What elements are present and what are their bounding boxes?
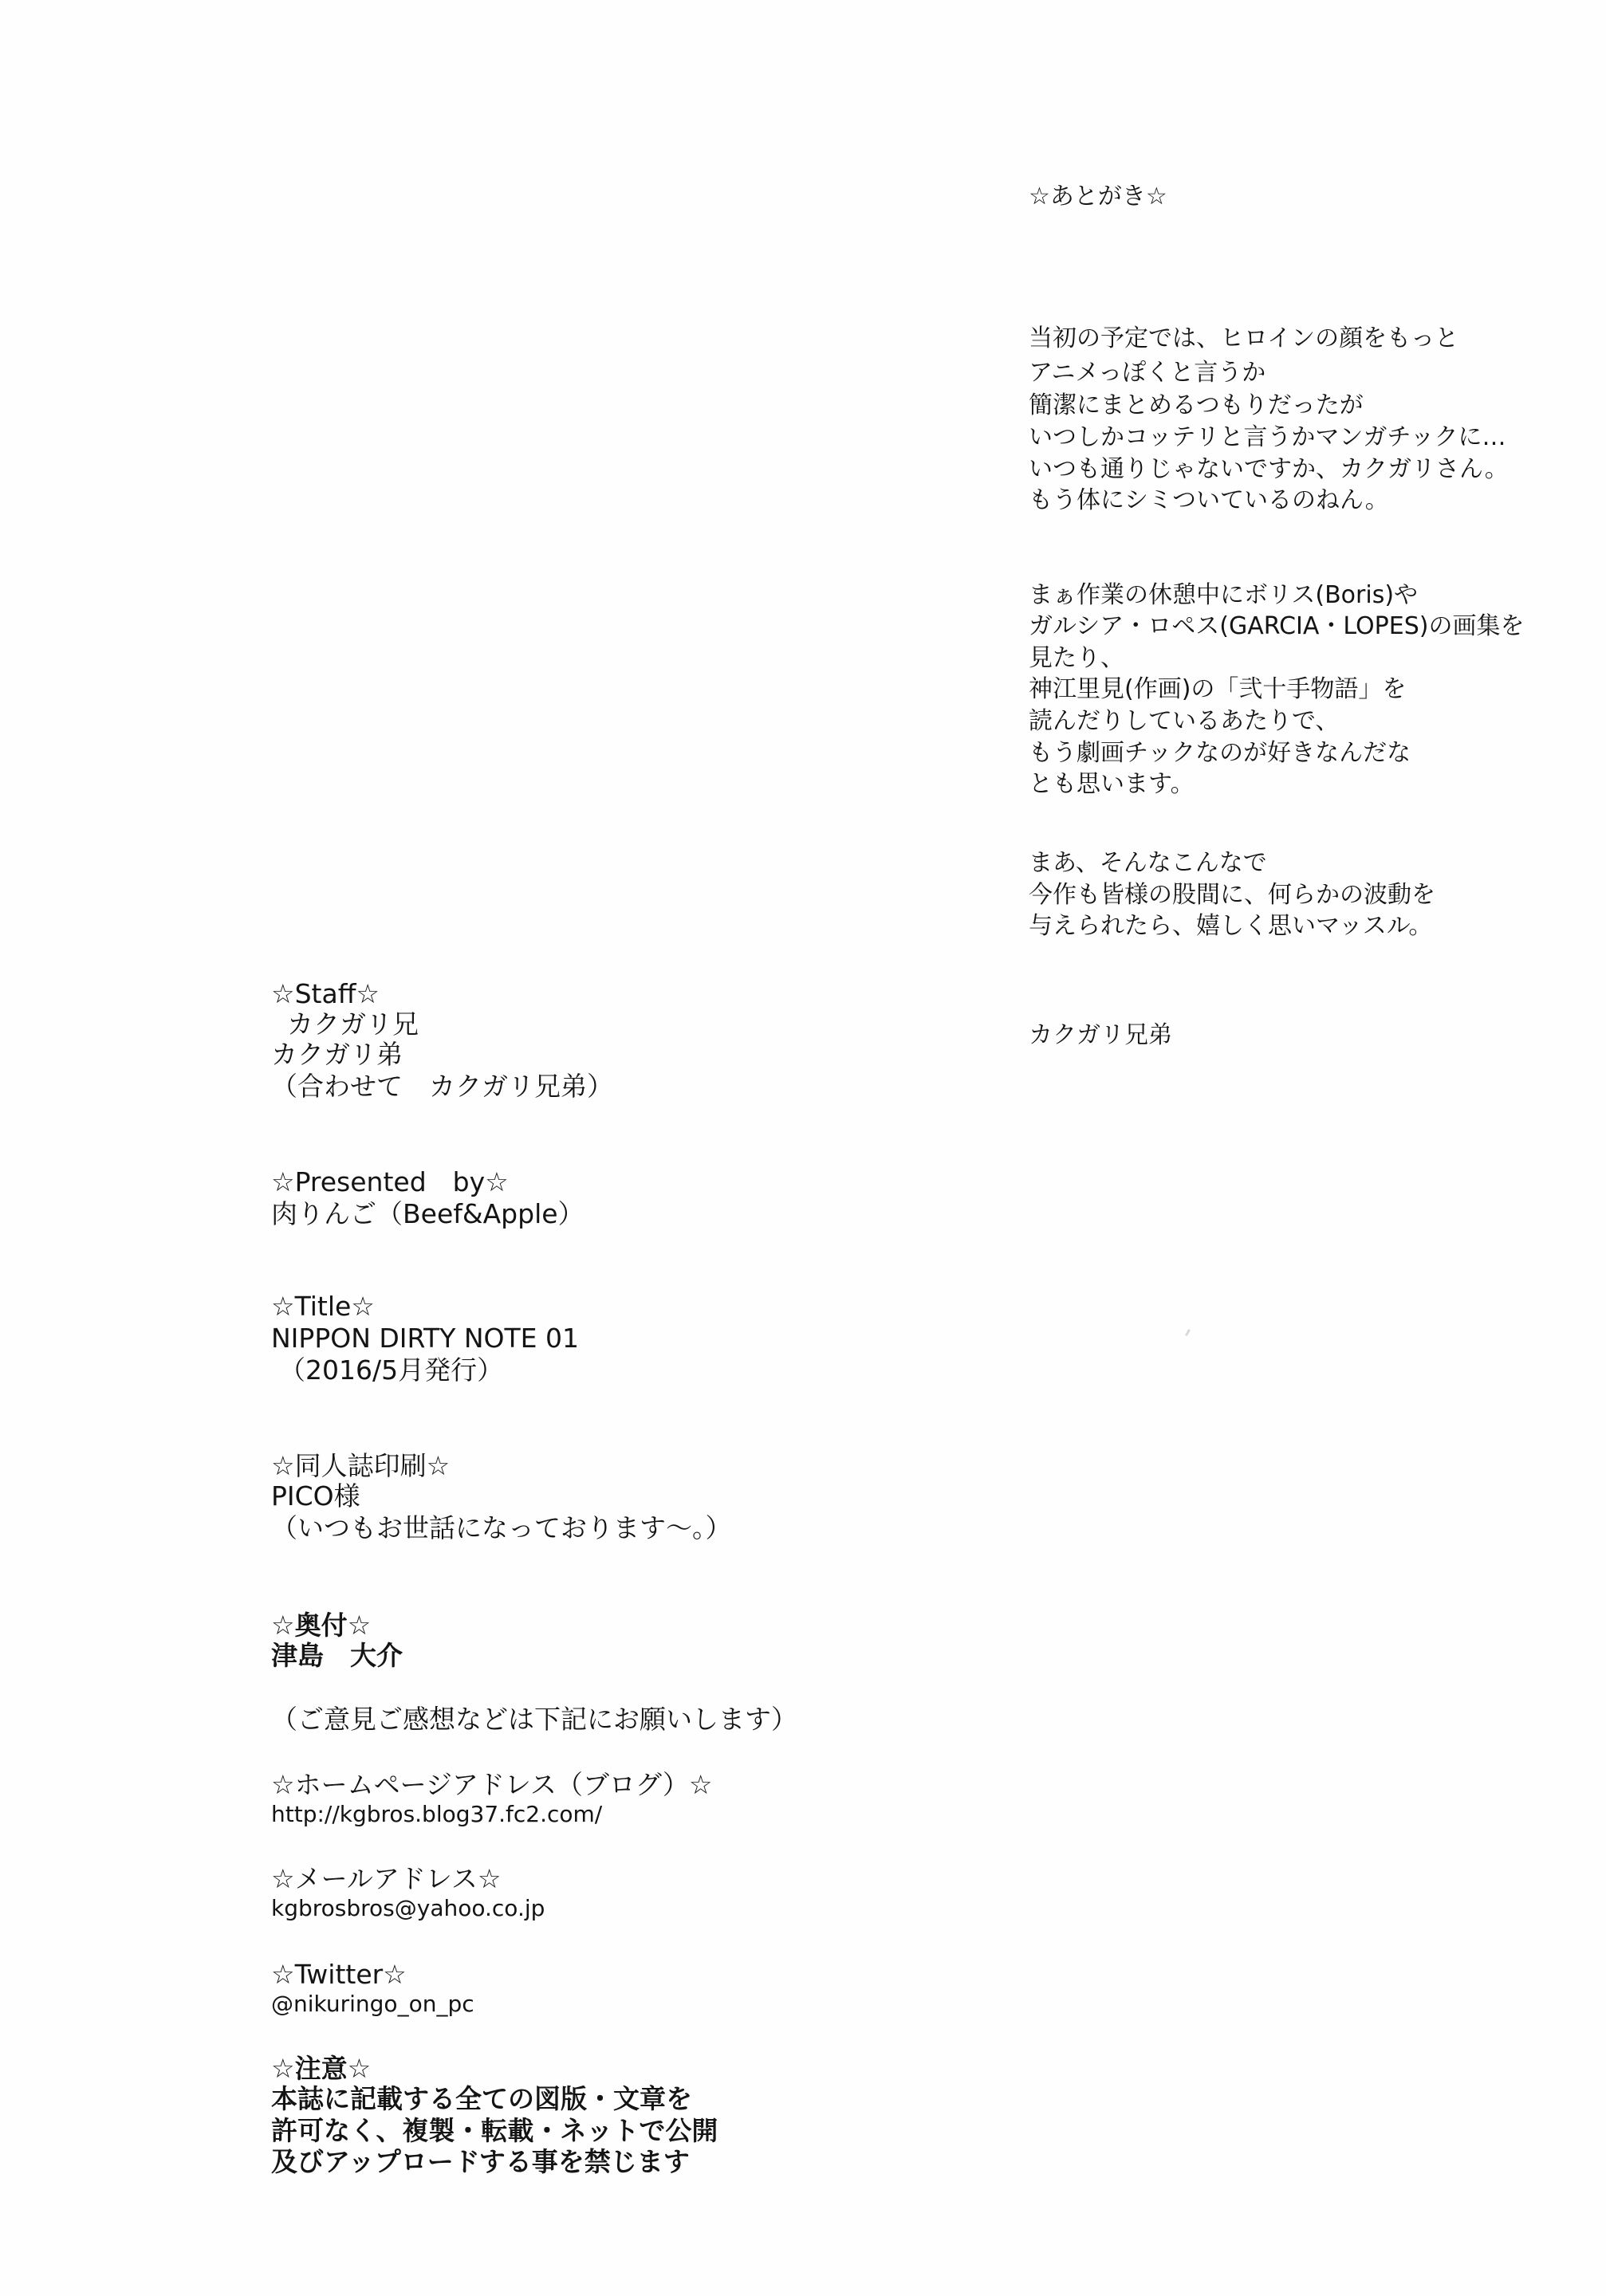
afterword-p3-line: 与えられたら、嬉しく思いマッスル。 <box>1029 914 1432 938</box>
caution-line: 本誌に記載する全ての図版・文章を <box>271 2086 692 2112</box>
afterword-p2-line: とも思います。 <box>1029 773 1195 796</box>
scan-dust-speck <box>1185 1329 1191 1336</box>
printer-note: （いつもお世話になっております～。） <box>271 1515 732 1541</box>
staff-note: （合わせて カクガリ兄弟） <box>271 1073 613 1099</box>
afterword-p1-line: いつしかコッテリと言うかマンガチックに… <box>1029 426 1506 450</box>
afterword-p3-line: まあ、そんなこんなで <box>1029 851 1267 875</box>
afterword-p1-line: 簡潔にまとめるつもりだったが <box>1029 394 1364 418</box>
staff-member: カクガリ弟 <box>271 1041 403 1067</box>
printing-heading: ☆同人誌印刷☆ <box>271 1453 450 1479</box>
caution-line: 及びアップロードする事を禁じます <box>271 2149 690 2175</box>
homepage-heading: ☆ホームページアドレス（ブログ）☆ <box>271 1771 713 1798</box>
afterword-signature: カクガリ兄弟 <box>1029 1024 1172 1048</box>
homepage-url: http://kgbros.blog37.fc2.com/ <box>271 1803 602 1826</box>
publisher-name: 津島 大介 <box>271 1642 403 1669</box>
caution-heading: ☆注意☆ <box>271 2055 371 2082</box>
title-heading: ☆Title☆ <box>271 1293 375 1319</box>
afterword-p1-line: 当初の予定では、ヒロインの顔をもっと <box>1029 327 1458 351</box>
afterword-p1-line: アニメっぽくと言うか <box>1029 361 1266 385</box>
email-heading: ☆メールアドレス☆ <box>271 1866 502 1892</box>
caution-line: 許可なく、複製・転載・ネットで公開 <box>271 2117 718 2144</box>
printer-name: PICO様 <box>271 1483 360 1509</box>
okuzuke-heading: ☆奥付☆ <box>271 1612 371 1638</box>
presented-by-heading: ☆Presented by☆ <box>271 1169 509 1195</box>
email-address: kgbrosbros@yahoo.co.jp <box>271 1897 545 1920</box>
book-title: NIPPON DIRTY NOTE 01 <box>271 1325 579 1351</box>
afterword-p2-line: 見たり、 <box>1029 647 1124 670</box>
afterword-p2-line: 読んだりしているあたりで、 <box>1029 710 1339 733</box>
afterword-p1-line: もう体にシミついているのねん。 <box>1029 489 1389 513</box>
circle-name: 肉りんご（Beef&Apple） <box>271 1201 585 1227</box>
afterword-p2-line: ガルシア・ロペス(GARCIA・LOPES)の画集を <box>1029 615 1524 639</box>
colophon-page: ☆あとがき☆ 当初の予定では、ヒロインの顔をもっと アニメっぽくと言うか 簡潔に… <box>0 0 1606 2296</box>
staff-member: カクガリ兄 <box>287 1011 419 1037</box>
afterword-p1-line: いつも通りじゃないですか、カクガリさん。 <box>1029 458 1509 482</box>
afterword-heading: ☆あとがき☆ <box>1029 185 1167 209</box>
feedback-note: （ご意見ご感想などは下記にお願いします） <box>271 1706 797 1732</box>
afterword-p2-line: もう劇画チックなのが好きなんだな <box>1029 741 1411 765</box>
afterword-p2-line: 神江里見(作画)の「弐十手物語」を <box>1029 678 1406 702</box>
publish-date: （2016/5月発行） <box>279 1357 503 1383</box>
twitter-handle: @nikuringo_on_pc <box>271 1993 474 2015</box>
afterword-p3-line: 今作も皆様の股間に、何らかの波動を <box>1029 883 1435 907</box>
afterword-p2-line: まぁ作業の休憩中にボリス(Boris)や <box>1029 584 1418 607</box>
staff-heading: ☆Staff☆ <box>271 981 380 1007</box>
twitter-heading: ☆Twitter☆ <box>271 1961 407 1987</box>
